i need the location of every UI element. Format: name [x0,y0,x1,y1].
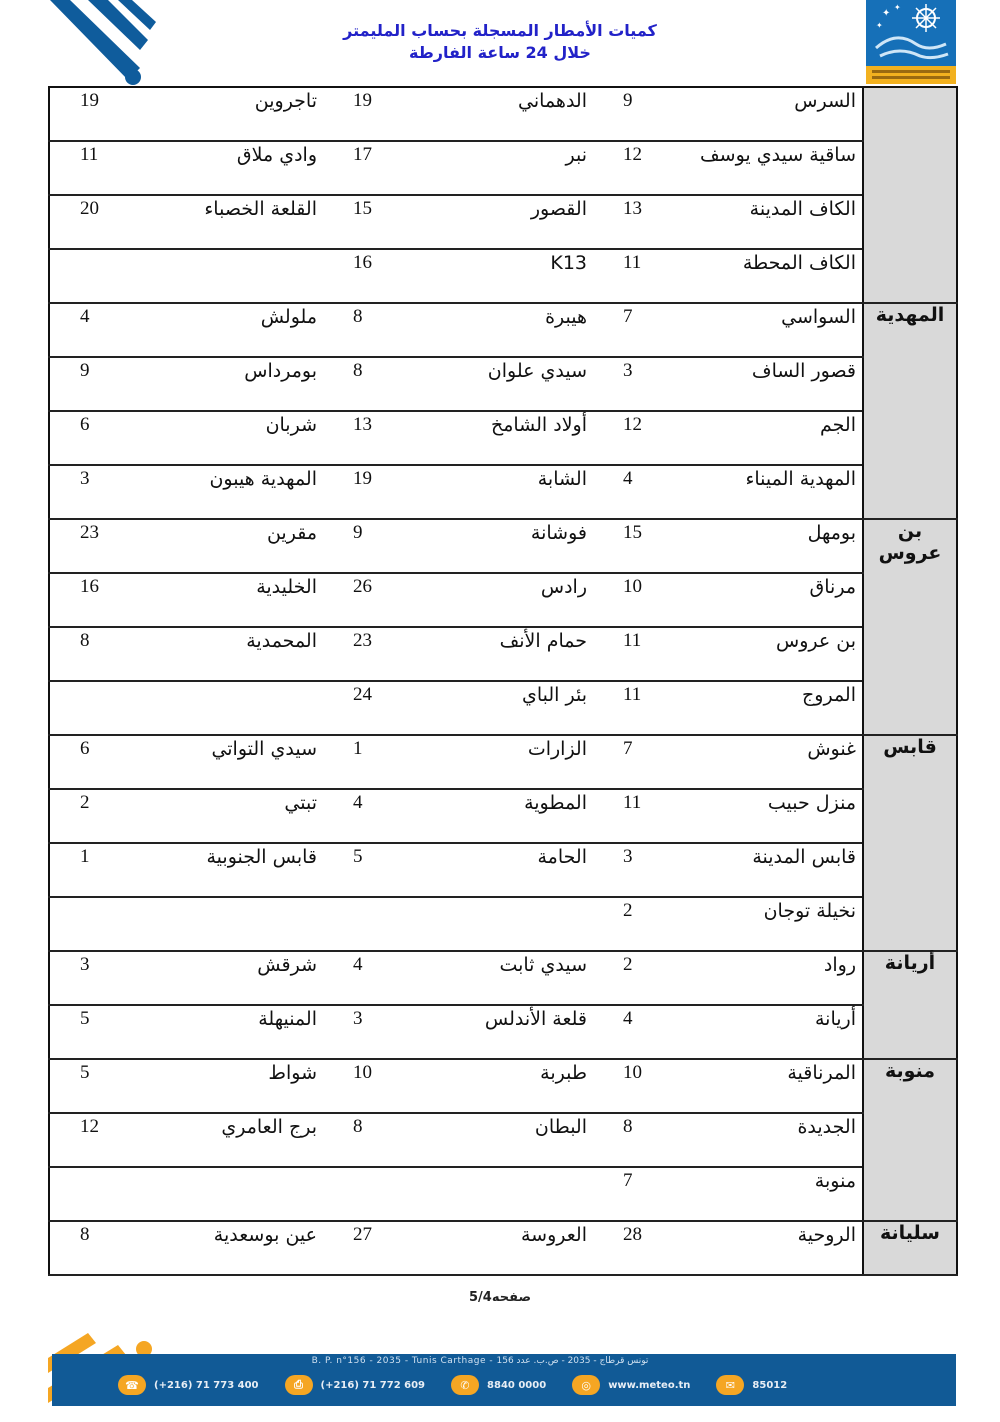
rainfall-value: 13 [593,195,643,249]
rainfall-value: 19 [323,465,363,519]
governorate-cell: قابس [863,735,957,951]
rainfall-value: 16 [323,249,363,303]
station-name: غنوش [643,735,863,789]
table-row: 2نخيلة توجان [49,897,957,951]
table-row: 12برج العامري8البطان8الجديدة [49,1113,957,1167]
rainfall-table: 19تاجروين19الدهماني9السرس11وادي ملاق17نب… [48,86,958,1276]
table-row: 5المنيهلة3قلعة الأندلس4أريانة [49,1005,957,1059]
rainfall-value: 24 [323,681,363,735]
rainfall-value: 23 [323,627,363,681]
fax-icon: ⎙ [285,1375,313,1395]
footer-contact: ⎙(+216) 71 772 609 [285,1375,426,1395]
station-name: بومرداس [149,357,323,411]
station-name: حمام الأنف [363,627,593,681]
station-name: قلعة الأندلس [363,1005,593,1059]
governorate-cell [863,87,957,303]
table-row: 9بومرداس8سيدي علوان3قصور الساف [49,357,957,411]
rainfall-value: 13 [323,411,363,465]
rainfall-value: 3 [593,843,643,897]
governorate-cell: أريانة [863,951,957,1059]
rainfall-value: 11 [593,249,643,303]
station-name: أولاد الشامخ [363,411,593,465]
station-name: نبر [363,141,593,195]
rainfall-value: 4 [593,465,643,519]
station-name: بن عروس [643,627,863,681]
station-name: سيدي التواتي [149,735,323,789]
station-name: المطوية [363,789,593,843]
table-row: 24بئر الباي11المروج [49,681,957,735]
footer-contact: ✆8840 0000 [451,1375,546,1395]
station-name: عين بوسعدية [149,1221,323,1275]
governorate-cell: المهدية [863,303,957,519]
rainfall-value: 5 [49,1005,149,1059]
station-name: المهدية هيبون [149,465,323,519]
table-row: 20القلعة الخصباء15القصور13الكاف المدينة [49,195,957,249]
station-name: المرناقية [643,1059,863,1113]
rainfall-value: 7 [593,303,643,357]
rainfall-value: 10 [593,573,643,627]
rainfall-value: 3 [49,465,149,519]
station-name: الشابة [363,465,593,519]
station-name: المهدية الميناء [643,465,863,519]
rainfall-value: 28 [593,1221,643,1275]
rainfall-value: 3 [49,951,149,1005]
station-name: الحامة [363,843,593,897]
table-row: 3شرقش4سيدي ثابت2روادأريانة [49,951,957,1005]
governorate-cell: سليانة [863,1221,957,1275]
station-name: القلعة الخصباء [149,195,323,249]
rainfall-value: 4 [593,1005,643,1059]
station-name: تبتي [149,789,323,843]
rainfall-value: 5 [323,843,363,897]
table-row: 6سيدي التواتي1الزارات7غنوشقابس [49,735,957,789]
footer-address: B. P. n°156 - 2035 - Tunis Carthage - تو… [200,1356,760,1366]
station-name: مرناق [643,573,863,627]
table-row: 16الخليدية26رادس10مرناق [49,573,957,627]
contact-text: 8840 0000 [487,1380,546,1391]
rainfall-value: 7 [593,735,643,789]
station-name: فوشانة [363,519,593,573]
rainfall-value: 8 [593,1113,643,1167]
rainfall-value [49,249,149,303]
station-name: بئر الباي [363,681,593,735]
station-name [149,681,323,735]
rainfall-value: 11 [593,627,643,681]
rainfall-value: 5 [49,1059,149,1113]
station-name: البطان [363,1113,593,1167]
rainfall-value: 15 [593,519,643,573]
station-name [149,1167,323,1221]
contact-text[interactable]: www.meteo.tn [608,1380,690,1391]
station-name: شربان [149,411,323,465]
station-name: الزارات [363,735,593,789]
rainfall-value: 12 [593,411,643,465]
station-name: رادس [363,573,593,627]
rainfall-value: 8 [323,1113,363,1167]
station-name: ملولش [149,303,323,357]
station-name [363,1167,593,1221]
table-row: 8عين بوسعدية27العروسة28الروحيةسليانة [49,1221,957,1275]
rainfall-value: 1 [49,843,149,897]
rainfall-value: 2 [593,897,643,951]
rainfall-value: 6 [49,411,149,465]
rainfall-value: 4 [323,951,363,1005]
rainfall-value: 10 [593,1059,643,1113]
rainfall-value: 26 [323,573,363,627]
rainfall-value: 7 [593,1167,643,1221]
station-name: مقرين [149,519,323,573]
rainfall-value: 4 [49,303,149,357]
station-name: الروحية [643,1221,863,1275]
station-name: الجم [643,411,863,465]
footer-contact: ✉85012 [716,1375,787,1395]
station-name: سيدي ثابت [363,951,593,1005]
rainfall-value: 8 [49,1221,149,1275]
page-title: كميات الأمطار المسجلة بحساب المليمتر خلا… [300,20,700,64]
table-row: 23مقرين9فوشانة15بومهلبن عروس [49,519,957,573]
rainfall-value: 9 [593,87,643,141]
rainfall-value: 8 [49,627,149,681]
table-row: 4ملولش8هيبرة7السواسيالمهدية [49,303,957,357]
rainfall-value: 9 [323,519,363,573]
station-name: وادي ملاق [149,141,323,195]
rainfall-value: 27 [323,1221,363,1275]
station-name: قابس الجنوبية [149,843,323,897]
station-name [149,897,323,951]
station-name: السواسي [643,303,863,357]
rainfall-value: 12 [593,141,643,195]
rainfall-value: 15 [323,195,363,249]
rainfall-value: 17 [323,141,363,195]
contact-text: (+216) 71 772 609 [321,1380,426,1391]
table-row: 11وادي ملاق17نبر12ساقية سيدي يوسف [49,141,957,195]
blue-stripes-logo [0,0,160,88]
svg-text:✦: ✦ [882,8,890,19]
station-name: الدهماني [363,87,593,141]
table-row: 16K1311الكاف المحطة [49,249,957,303]
station-name: قصور الساف [643,357,863,411]
station-name: الجديدة [643,1113,863,1167]
rainfall-value: 1 [323,735,363,789]
footer-contact: ◎www.meteo.tn [572,1375,690,1395]
station-name: طبربة [363,1059,593,1113]
table-row: 5شواط10طبربة10المرناقيةمنوبة [49,1059,957,1113]
station-name: الخليدية [149,573,323,627]
rainfall-value [49,897,149,951]
table-row: 19تاجروين19الدهماني9السرس [49,87,957,141]
footer-contacts: ☎(+216) 71 773 400⎙(+216) 71 772 609✆884… [118,1374,918,1396]
table-row: 2تبتي4المطوية11منزل حبيب [49,789,957,843]
rainfall-value: 11 [593,789,643,843]
web-icon: ◎ [572,1375,600,1395]
rainfall-value: 12 [49,1113,149,1167]
title-line-2: خلال 24 ساعة الفارطة [300,42,700,64]
rainfall-value: 10 [323,1059,363,1113]
table-row: 7منوبة [49,1167,957,1221]
svg-text:✦: ✦ [876,21,883,30]
rainfall-value: 3 [323,1005,363,1059]
hotline-icon: ✆ [451,1375,479,1395]
footer-contact: ☎(+216) 71 773 400 [118,1375,259,1395]
station-name: تاجروين [149,87,323,141]
station-name: شرقش [149,951,323,1005]
station-name: العروسة [363,1221,593,1275]
rainfall-value [49,1167,149,1221]
inm-meteo-logo: ✦ ✦ ✦ [866,0,956,84]
rainfall-value: 2 [593,951,643,1005]
rainfall-value [323,897,363,951]
rainfall-value [49,681,149,735]
station-name: نخيلة توجان [643,897,863,951]
rainfall-value: 9 [49,357,149,411]
station-name: السرس [643,87,863,141]
title-line-1: كميات الأمطار المسجلة بحساب المليمتر [300,20,700,42]
rainfall-value: 8 [323,357,363,411]
table-row: 6شربان13أولاد الشامخ12الجم [49,411,957,465]
rainfall-value: 20 [49,195,149,249]
station-name [363,897,593,951]
svg-text:✦: ✦ [894,3,901,12]
governorate-cell: بن عروس [863,519,957,735]
rainfall-value: 11 [593,681,643,735]
station-name: شواط [149,1059,323,1113]
station-name [149,249,323,303]
station-name: المروج [643,681,863,735]
station-name: رواد [643,951,863,1005]
sms-icon: ✉ [716,1375,744,1395]
rainfall-value: 3 [593,357,643,411]
station-name: الكاف المدينة [643,195,863,249]
table-row: 1قابس الجنوبية5الحامة3قابس المدينة [49,843,957,897]
station-name: الكاف المحطة [643,249,863,303]
station-name: منوبة [643,1167,863,1221]
station-name: بومهل [643,519,863,573]
contact-text: (+216) 71 773 400 [154,1380,259,1391]
station-name: ساقية سيدي يوسف [643,141,863,195]
station-name: K13 [363,249,593,303]
rainfall-value: 6 [49,735,149,789]
station-name: هيبرة [363,303,593,357]
rainfall-value: 4 [323,789,363,843]
table-row: 3المهدية هيبون19الشابة4المهدية الميناء [49,465,957,519]
rainfall-value: 11 [49,141,149,195]
station-name: القصور [363,195,593,249]
station-name: برج العامري [149,1113,323,1167]
rainfall-value: 19 [323,87,363,141]
page-number: صفحه5/4 [420,1290,580,1305]
rainfall-value: 8 [323,303,363,357]
rainfall-value [323,1167,363,1221]
contact-text: 85012 [752,1380,787,1391]
station-name: أريانة [643,1005,863,1059]
rainfall-value: 23 [49,519,149,573]
station-name: قابس المدينة [643,843,863,897]
rainfall-value: 16 [49,573,149,627]
station-name: المحمدية [149,627,323,681]
rainfall-value: 2 [49,789,149,843]
station-name: المنيهلة [149,1005,323,1059]
phone-icon: ☎ [118,1375,146,1395]
station-name: منزل حبيب [643,789,863,843]
station-name: سيدي علوان [363,357,593,411]
governorate-cell: منوبة [863,1059,957,1221]
table-row: 8المحمدية23حمام الأنف11بن عروس [49,627,957,681]
rainfall-value: 19 [49,87,149,141]
